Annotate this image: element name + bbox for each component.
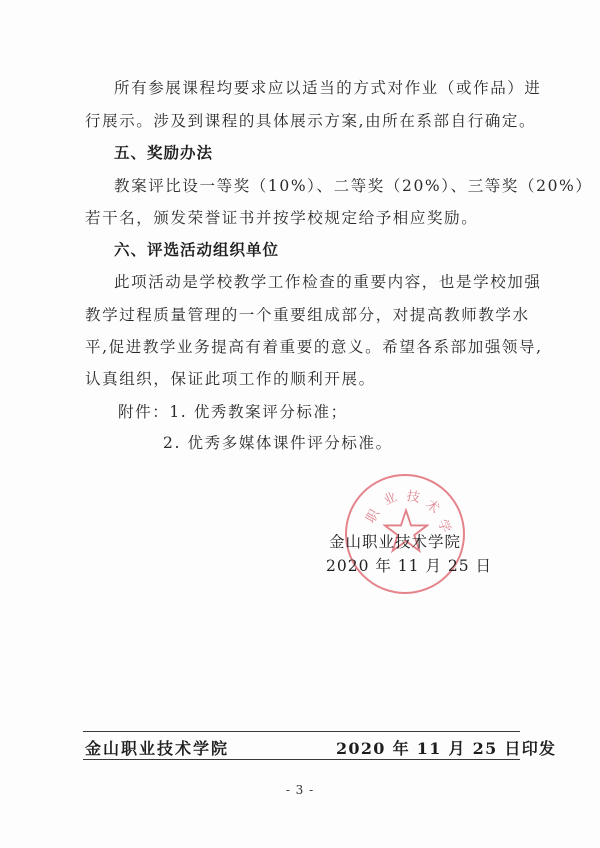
attachments-line-1: 附件：1. 优秀教案评分标准； — [118, 402, 348, 422]
section-heading-rewards: 五、奖励办法 — [114, 143, 213, 163]
footer-issued-date: 2020 年 11 月 25 日印发 — [336, 736, 556, 759]
footer-bottom-rule — [83, 759, 520, 760]
paragraph-line: 若干名，颁发荣誉证书并按学校规定给予相应奖励。 — [85, 208, 478, 228]
document-page: 所有参展课程均要求应以适当的方式对作业（或作品）进 行展示。涉及到课程的具体展示… — [0, 0, 600, 848]
page-number: - 3 - — [0, 783, 600, 797]
section-heading-organizer: 六、评选活动组织单位 — [114, 240, 279, 260]
signature-date: 2020 年 11 月 25 日 — [326, 554, 492, 576]
paragraph-line: 此项活动是学校教学工作检查的重要内容，也是学校加强 — [114, 272, 542, 292]
paragraph-line: 平,促进教学业务提高有着重要的意义。希望各系部加强领导, — [85, 337, 543, 357]
seal-text: 技 — [405, 485, 421, 506]
attachment-item: 2. 优秀多媒体课件评分标准。 — [163, 433, 393, 453]
footer-top-rule — [83, 731, 520, 732]
attachments-label: 附件： — [118, 403, 169, 421]
paragraph-line: 所有参展课程均要求应以适当的方式对作业（或作品）进 — [114, 78, 542, 98]
signature-org: 金山职业技术学院 — [329, 530, 461, 552]
attachment-item: 1. 优秀教案评分标准； — [169, 403, 347, 421]
footer-org: 金山职业技术学院 — [85, 736, 229, 759]
seal-text: 业 — [380, 486, 400, 509]
paragraph-line: 行展示。涉及到课程的具体展示方案,由所在系部自行确定。 — [85, 111, 536, 131]
paragraph-line: 认真组织，保证此项工作的顺利开展。 — [85, 369, 376, 389]
paragraph-line: 教案评比设一等奖（10%）、二等奖（20%）、三等奖（20%） — [114, 176, 592, 196]
paragraph-line: 教学过程质量管理的一个重要组成部分，对提高教师教学水 — [85, 305, 530, 325]
seal-text: 职 — [360, 505, 383, 526]
